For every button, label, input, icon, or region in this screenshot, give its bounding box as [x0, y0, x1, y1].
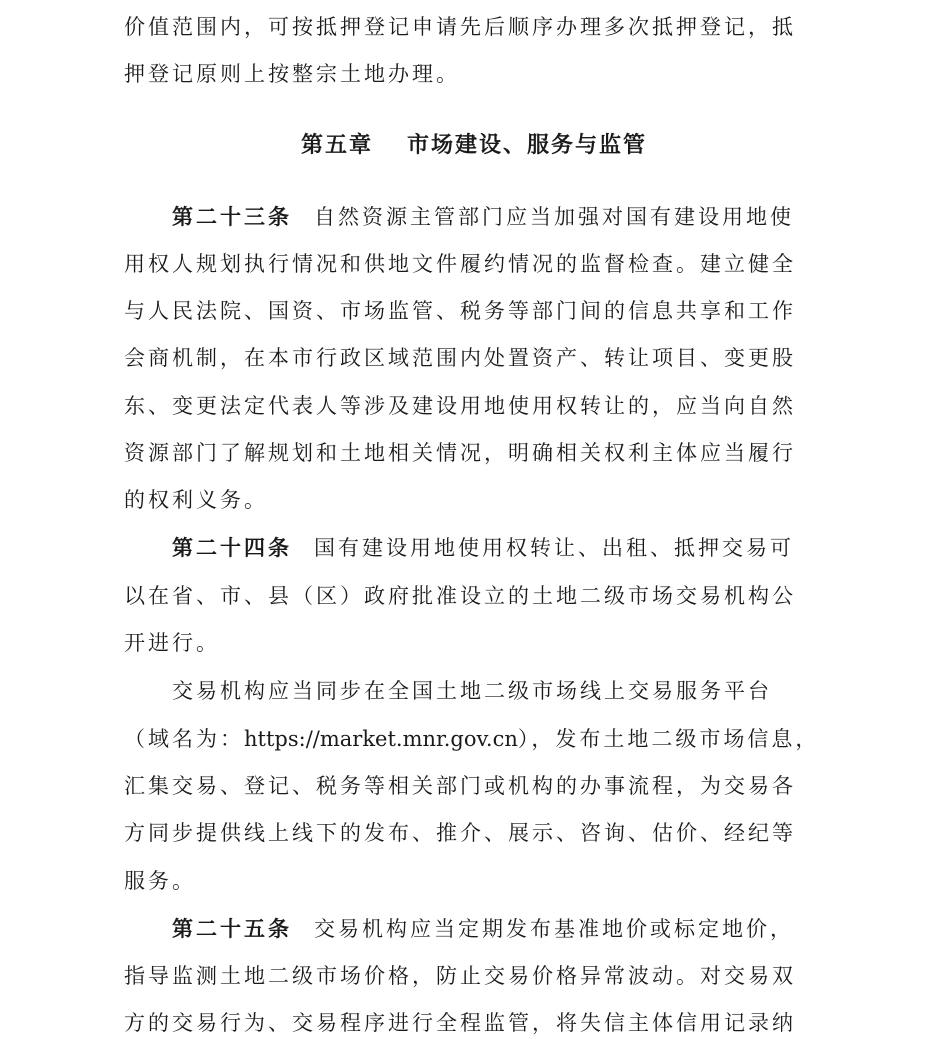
article-24-paragraph-line: 汇集交易、登记、税务等相关部门或机构的办事流程，为交易各 — [124, 771, 824, 801]
article-number: 第二十五条 — [172, 917, 292, 941]
article-24-paragraph-line: 方同步提供线上线下的发布、推介、展示、咨询、估价、经纪等 — [124, 818, 824, 848]
article-23-line: 的权利义务。 — [124, 485, 824, 515]
article-23-line: 会商机制，在本市行政区域范围内处置资产、转让项目、变更股 — [124, 343, 824, 373]
article-24-paragraph-line: （域名为：https://market.mnr.gov.cn），发布土地二级市场… — [124, 724, 824, 754]
article-text: 交易机构应当定期发布基准地价或标定地价， — [314, 917, 794, 941]
article-25-line: 指导监测土地二级市场价格，防止交易价格异常波动。对交易双 — [124, 961, 824, 991]
article-23-line: 与人民法院、国资、市场监管、税务等部门间的信息共享和工作 — [124, 296, 824, 326]
platform-url-link[interactable]: https://market.mnr.gov.cn — [244, 727, 518, 751]
paragraph-line: 押登记原则上按整宗土地办理。 — [124, 59, 824, 89]
article-24-line: 第二十四条国有建设用地使用权转让、出租、抵押交易可 — [124, 533, 872, 563]
article-number: 第二十四条 — [172, 536, 292, 560]
article-23-line: 东、变更法定代表人等涉及建设用地使用权转让的，应当向自然 — [124, 391, 824, 421]
article-23-line: 用权人规划执行情况和供地文件履约情况的监督检查。建立健全 — [124, 249, 824, 279]
article-text: 国有建设用地使用权转让、出租、抵押交易可 — [314, 536, 794, 560]
chapter-title: 市场建设、服务与监管 — [407, 133, 647, 158]
article-24-paragraph-line: 服务。 — [124, 866, 824, 896]
article-number: 第二十三条 — [172, 205, 292, 229]
article-23-line: 资源部门了解规划和土地相关情况，明确相关权利主体应当履行 — [124, 438, 824, 468]
article-25-line: 第二十五条交易机构应当定期发布基准地价或标定地价， — [124, 914, 872, 944]
chapter-number: 第五章 — [301, 133, 373, 158]
article-23-line: 第二十三条自然资源主管部门应当加强对国有建设用地使 — [124, 202, 872, 232]
article-24-line: 以在省、市、县（区）政府批准设立的土地二级市场交易机构公 — [124, 581, 824, 611]
text-segment: （域名为： — [124, 727, 244, 751]
chapter-heading: 第五章市场建设、服务与监管 — [124, 131, 824, 161]
text-segment: ），发布土地二级市场信息， — [518, 727, 820, 751]
article-text: 自然资源主管部门应当加强对国有建设用地使 — [314, 205, 794, 229]
article-25-line: 方的交易行为、交易程序进行全程监管，将失信主体信用记录纳 — [124, 1008, 824, 1038]
paragraph-line: 价值范围内，可按抵押登记申请先后顺序办理多次抵押登记，抵 — [124, 12, 824, 42]
article-24-line: 开进行。 — [124, 628, 824, 658]
article-24-paragraph-line: 交易机构应当同步在全国土地二级市场线上交易服务平台 — [124, 676, 872, 706]
